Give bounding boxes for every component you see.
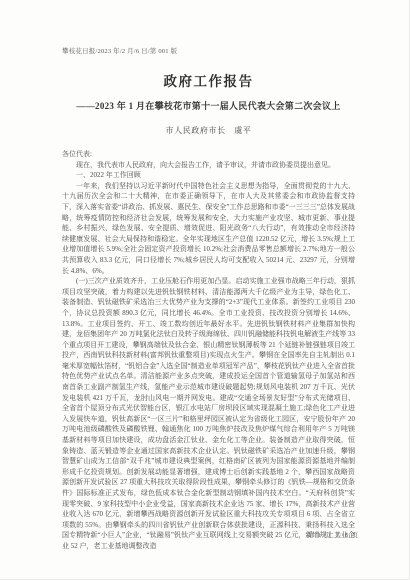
section-heading: 一、2022 年工作回顾	[62, 170, 355, 181]
report-body: 各位代表: 现在，我代表市人民政府，向大会报告工作，请予审议，并请市政协委员提出…	[62, 149, 355, 552]
page-number: 第 1 页 共 8 页	[307, 530, 359, 539]
document-page: 攀枝花日报/2023 年/2 月/6 日/第 001 版 政府工作报告 ——20…	[0, 0, 410, 580]
intro-paragraph: 现在，我代表市人民政府，向大会报告工作，请予审议，并请市政协委员提出意见。	[62, 160, 355, 171]
salutation: 各位代表:	[62, 149, 355, 160]
body-paragraph-industry: (一)三次产业质效齐升，工业压舱石作用更加凸显。启动实施工业强市战略三年行动，狠…	[62, 276, 355, 551]
body-paragraph-overview: 一年来，我们坚持以习近平新时代中国特色社会主义思想为指导，全面贯彻党的十九大、十…	[62, 181, 355, 276]
speaker-line: 市人民政府市长 虞平	[62, 125, 355, 136]
page-title: 政府工作报告	[62, 70, 355, 90]
report-subtitle: ——2023 年 1 月在攀枝花市第十一届人民代表大会第二次会议上	[62, 99, 355, 112]
masthead-source-line: 攀枝花日报/2023 年/2 月/6 日/第 001 版	[62, 46, 355, 55]
